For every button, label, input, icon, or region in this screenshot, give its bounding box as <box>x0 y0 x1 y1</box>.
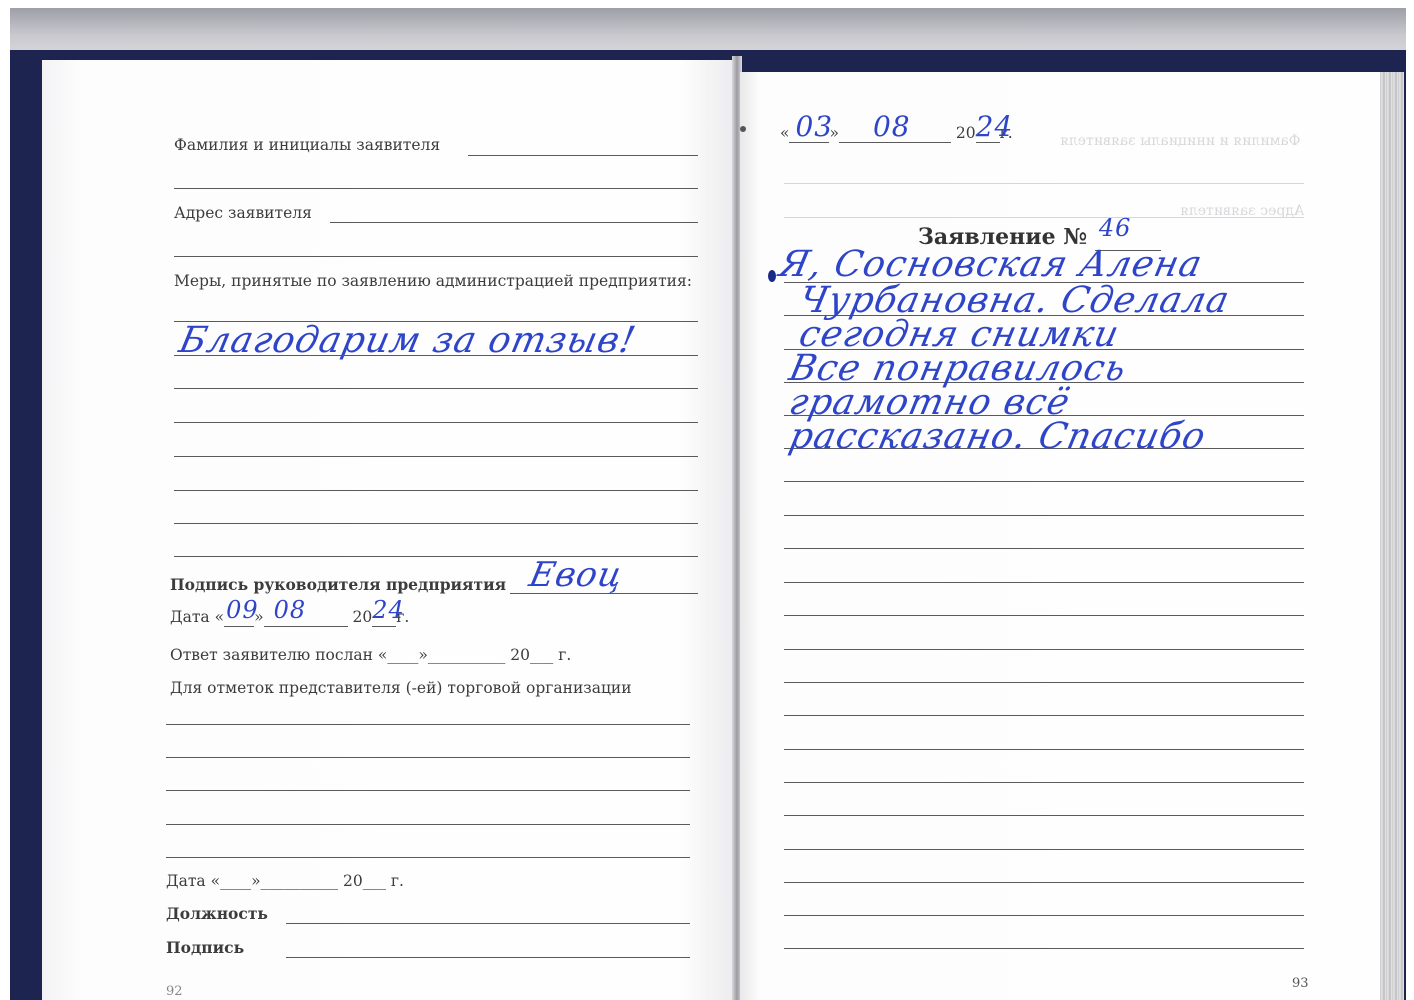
date-open: « <box>780 124 789 142</box>
statement-line[interactable] <box>784 548 1304 549</box>
notes-line[interactable] <box>166 757 690 758</box>
statement-line[interactable] <box>784 615 1304 616</box>
statement-line[interactable] <box>784 782 1304 783</box>
date-prefix: Дата « <box>170 608 224 626</box>
statement-line[interactable] <box>784 481 1304 482</box>
statement-line[interactable] <box>784 948 1304 949</box>
statement-line[interactable] <box>784 749 1304 750</box>
measures-line[interactable] <box>174 388 698 389</box>
statement-line[interactable] <box>784 715 1304 716</box>
ink-blot <box>768 270 776 282</box>
statement-line[interactable] <box>784 915 1304 916</box>
measures-label: Меры, принятые по заявлению администраци… <box>174 272 692 290</box>
applicant-name-field-2[interactable] <box>174 188 698 189</box>
manager-signature: Евоц <box>526 555 627 595</box>
measures-line[interactable] <box>174 355 698 356</box>
measures-line[interactable] <box>174 490 698 491</box>
page-number-right: 93 <box>1292 976 1309 991</box>
decision-date: Дата «09 »08 2024 г. <box>170 608 409 627</box>
position-label: Должность <box>166 904 268 923</box>
date-day-value: 09 <box>226 596 259 624</box>
statement-line[interactable] <box>784 815 1304 816</box>
measures-line[interactable] <box>174 456 698 457</box>
reply-sent-label: Ответ заявителю послан «____»__________ … <box>170 646 571 664</box>
statement-line[interactable] <box>784 582 1304 583</box>
statement-month-value: 08 <box>873 110 911 143</box>
statement-line[interactable] <box>784 849 1304 850</box>
statement-number-value: 46 <box>1099 214 1132 242</box>
bottom-date-label: Дата «____»__________ 20___ г. <box>166 872 404 890</box>
date-year-value: 24 <box>372 596 405 624</box>
faint-line <box>784 217 1304 218</box>
statement-year-prefix: 20 <box>956 124 976 142</box>
ink-mark <box>740 126 746 132</box>
applicant-name-label: Фамилия и инициалы заявителя <box>174 136 440 154</box>
applicant-address-field[interactable] <box>330 222 698 223</box>
notes-line[interactable] <box>166 824 690 825</box>
statement-month-field[interactable]: 08 <box>839 124 951 143</box>
notes-line[interactable] <box>166 790 690 791</box>
statement-line[interactable] <box>784 649 1304 650</box>
date-year-prefix: 20 <box>353 608 373 626</box>
date-day-field[interactable]: 09 <box>224 608 254 627</box>
page-edges <box>1380 72 1404 1000</box>
date-year-field[interactable]: 24 <box>372 608 396 627</box>
signature-field[interactable] <box>286 957 690 958</box>
notes-line[interactable] <box>166 857 690 858</box>
page-number-left: 92 <box>166 984 183 999</box>
left-page <box>42 60 734 1000</box>
date-month-value: 08 <box>274 596 307 624</box>
statement-text-line: Я, Сосновская Алена <box>776 244 1206 285</box>
measures-line[interactable] <box>174 422 698 423</box>
trade-org-notes-label: Для отметок представителя (-ей) торговой… <box>170 679 632 697</box>
ghost-label: Фамилия и инициалы заявителя <box>1060 133 1300 149</box>
manager-signature-label: Подпись руководителя предприятия <box>170 575 506 594</box>
statement-year-value: 24 <box>976 110 1014 143</box>
statement-line[interactable] <box>784 882 1304 883</box>
statement-year-field[interactable]: 24 <box>976 124 1000 143</box>
statement-line[interactable] <box>784 682 1304 683</box>
position-field[interactable] <box>286 923 690 924</box>
scanner-edge <box>10 8 1406 54</box>
applicant-name-field[interactable] <box>468 155 698 156</box>
notes-line[interactable] <box>166 724 690 725</box>
signature-label: Подпись <box>166 938 244 957</box>
statement-text-line: рассказано. Спасибо <box>786 416 1210 457</box>
applicant-address-label: Адрес заявителя <box>174 204 312 222</box>
faint-line <box>784 183 1304 184</box>
statement-line[interactable] <box>784 515 1304 516</box>
applicant-address-field-2[interactable] <box>174 256 698 257</box>
date-month-field[interactable]: 08 <box>264 608 348 627</box>
statement-day-field[interactable]: 03 <box>789 124 829 143</box>
statement-day-value: 03 <box>795 110 833 143</box>
measures-line[interactable] <box>174 523 698 524</box>
statement-date: «03 »08 2024 г. <box>780 124 1013 143</box>
